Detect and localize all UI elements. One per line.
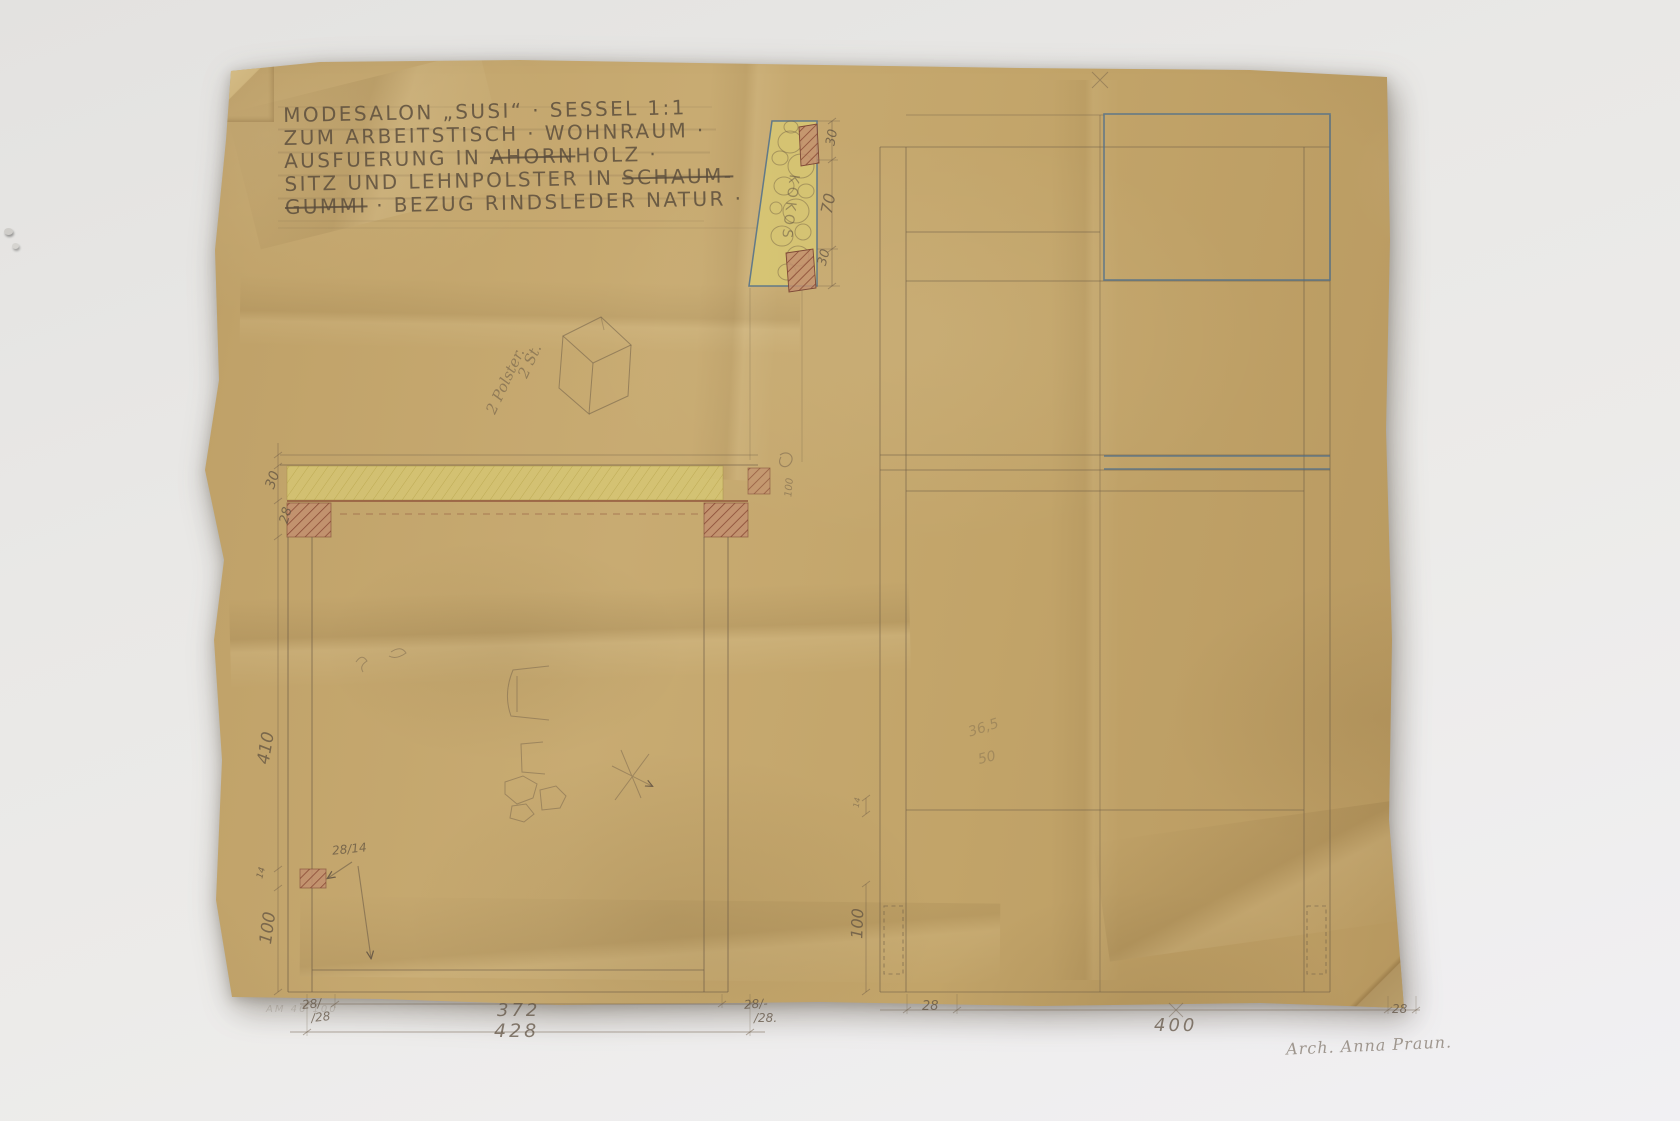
fv-faint-a: 36,5 [966,716,1001,741]
photo-of-technical-drawing: MODESALON „SUSI“ · SESSEL 1:1 ZUM ARBEIT… [0,0,1680,1121]
title-text: HOLZ · [575,142,658,168]
sv-total: 428 [494,1020,539,1042]
sv-dim-block: 14 [255,866,268,880]
fv-bottom-right: 28 [1392,1002,1407,1016]
sv-dim-lower: 100 [256,911,280,946]
material-label-kokos: KOKOS [778,173,802,242]
fv-faint-b: 50 [976,748,997,768]
labels-layer: MODESALON „SUSI“ · SESSEL 1:1 ZUM ARBEIT… [0,0,1680,1121]
fv-dim-small: 14 [852,797,863,809]
cs-dim-top: 30 [823,128,841,147]
cs-dim-mid: 70 [817,192,840,216]
sv-dim-upper: 410 [254,730,279,765]
sv-leader-label: 28/14 [331,840,367,858]
fv-bottom-left: 28 [922,999,939,1014]
title-text-struck: AHORN [490,143,576,169]
sv-dim-rail: 28 [277,506,296,526]
cs-dim-bottom: 30 [815,248,834,268]
sketch-note-line2: 2 Polster. [482,345,528,417]
fv-dim-height: 100 [847,908,867,939]
title-block: MODESALON „SUSI“ · SESSEL 1:1 ZUM ARBEIT… [283,95,744,219]
title-text-struck: SCHAUM- [622,163,734,189]
faint-stamp-note: AM 46 100 [266,1004,338,1015]
sv-span: 372 [497,1000,540,1021]
sv-bottom-right-num: 28/- [744,996,769,1012]
sv-dim-seat: 30 [262,469,283,491]
title-text-struck: GUMMI [285,193,368,219]
sv-bottom-right-den: /28. [754,1011,777,1025]
fv-total: 400 [1154,1015,1197,1036]
architect-signature: Arch. Anna Praun. [1286,1032,1453,1058]
sv-mid-label: 100 [783,478,796,498]
